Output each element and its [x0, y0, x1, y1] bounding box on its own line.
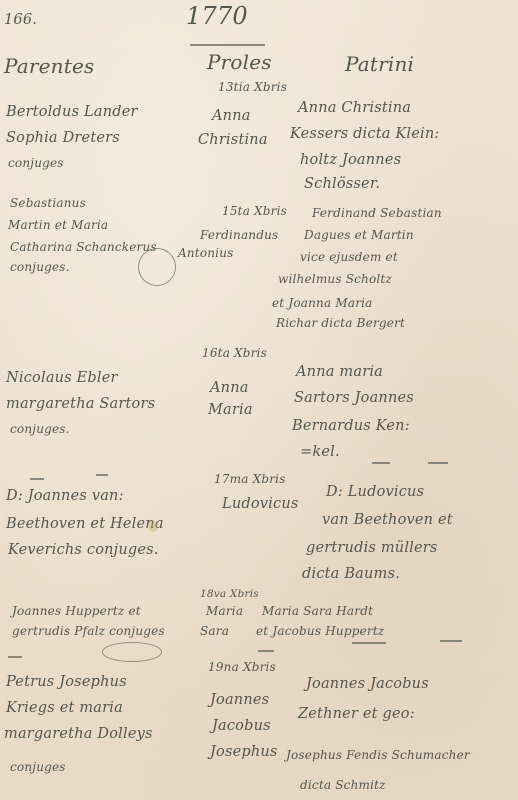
- flourish-mark: [102, 642, 162, 662]
- godparents-line: Kessers dicta Klein:: [290, 126, 440, 142]
- entry-date: 18va Xbris: [200, 588, 259, 600]
- entry-date: 19na Xbris: [208, 660, 276, 674]
- column-header-parents: Parentes: [4, 54, 95, 78]
- parents-line: Joannes Huppertz et: [12, 604, 141, 618]
- parents-line: gertrudis Pfalz conjuges: [12, 624, 165, 638]
- parents-line: margaretha Sartors: [6, 396, 155, 412]
- godparents-line: Anna Christina: [298, 100, 411, 116]
- parents-line: Martin et Maria: [8, 218, 108, 232]
- parents-line: Nicolaus Ebler: [6, 370, 118, 386]
- ink-stain: [148, 520, 158, 532]
- column-header-proles: Proles: [207, 50, 272, 74]
- separator-dash: [258, 650, 274, 652]
- separator-dash: [428, 462, 448, 464]
- godparents-line: Schlösser.: [304, 176, 380, 192]
- child-name-line: Maria: [206, 604, 243, 618]
- parents-line: D: Joannes van:: [6, 488, 124, 504]
- godparents-line: Ferdinand Sebastian: [312, 206, 442, 220]
- child-name-line: Maria: [208, 402, 253, 418]
- entry-date: 15ta Xbris: [222, 204, 287, 218]
- godparents-line: wilhelmus Scholtz: [278, 272, 392, 286]
- godparents-line: et Joanna Maria: [272, 296, 373, 310]
- child-name-line: Josephus: [210, 744, 278, 760]
- register-page: 166. 1770 Parentes Proles Patrini 13tia …: [0, 0, 518, 800]
- separator-dash: [8, 656, 22, 658]
- entry-date: 16ta Xbris: [202, 346, 267, 360]
- year-underline: [190, 44, 265, 46]
- child-name-line: Joannes: [210, 692, 269, 708]
- godparents-line: Zethner et geo:: [298, 706, 415, 722]
- separator-dash: [30, 478, 44, 480]
- parents-line: Kriegs et maria: [6, 700, 123, 716]
- godparents-line: Maria Sara Hardt: [262, 604, 373, 618]
- child-name-line: Ferdinandus: [200, 228, 278, 242]
- page-number: 166.: [4, 12, 37, 28]
- godparents-line: Joannes Jacobus: [306, 676, 429, 692]
- parents-line: Sebastianus: [10, 196, 86, 210]
- separator-dash: [372, 462, 390, 464]
- parents-line: conjuges: [10, 760, 66, 774]
- parents-line: Beethoven et Helena: [6, 516, 164, 532]
- flourish-mark: [138, 248, 176, 286]
- godparents-line: D: Ludovicus: [326, 484, 424, 500]
- godparents-line: Anna maria: [296, 364, 383, 380]
- separator-dash: [352, 642, 386, 644]
- godparents-line: Dagues et Martin: [304, 228, 414, 242]
- parents-line: conjuges.: [10, 422, 70, 436]
- godparents-line: gertrudis müllers: [306, 540, 438, 556]
- godparents-line: et Jacobus Huppertz: [256, 624, 384, 638]
- parents-line: conjuges: [8, 156, 64, 170]
- godparents-line: Josephus Fendis Schumacher: [286, 748, 470, 762]
- parents-line: Sophia Dreters: [6, 130, 120, 146]
- parents-line: conjuges.: [10, 260, 70, 274]
- godparents-line: dicta Baums.: [302, 566, 400, 582]
- godparents-line: Richar dicta Bergert: [276, 316, 405, 330]
- child-name-line: Anna: [212, 108, 251, 124]
- parents-line: Catharina Schanckerus: [10, 240, 157, 254]
- parents-line: Keverichs conjuges.: [8, 542, 159, 558]
- entry-date: 13tia Xbris: [218, 80, 287, 94]
- separator-dash: [440, 640, 462, 642]
- godparents-line: =kel.: [300, 444, 340, 460]
- child-name-line: Ludovicus: [222, 496, 299, 512]
- parents-line: Petrus Josephus: [6, 674, 127, 690]
- godparents-line: Sartors Joannes: [294, 390, 414, 406]
- parents-line: margaretha Dolleys: [4, 726, 153, 742]
- godparents-line: Bernardus Ken:: [292, 418, 410, 434]
- parents-line: Bertoldus Lander: [6, 104, 138, 120]
- godparents-line: dicta Schmitz: [300, 778, 386, 792]
- year-heading: 1770: [186, 2, 248, 30]
- child-name-line: Anna: [210, 380, 249, 396]
- entry-date: 17ma Xbris: [214, 472, 286, 486]
- child-name-line: Sara: [200, 624, 229, 638]
- godparents-line: holtz Joannes: [300, 152, 401, 168]
- godparents-line: vice ejusdem et: [300, 250, 398, 264]
- separator-dash: [96, 474, 108, 476]
- child-name-line: Christina: [198, 132, 268, 148]
- child-name-line: Antonius: [178, 246, 234, 260]
- godparents-line: van Beethoven et: [322, 512, 453, 528]
- child-name-line: Jacobus: [212, 718, 271, 734]
- column-header-patrini: Patrini: [345, 52, 414, 76]
